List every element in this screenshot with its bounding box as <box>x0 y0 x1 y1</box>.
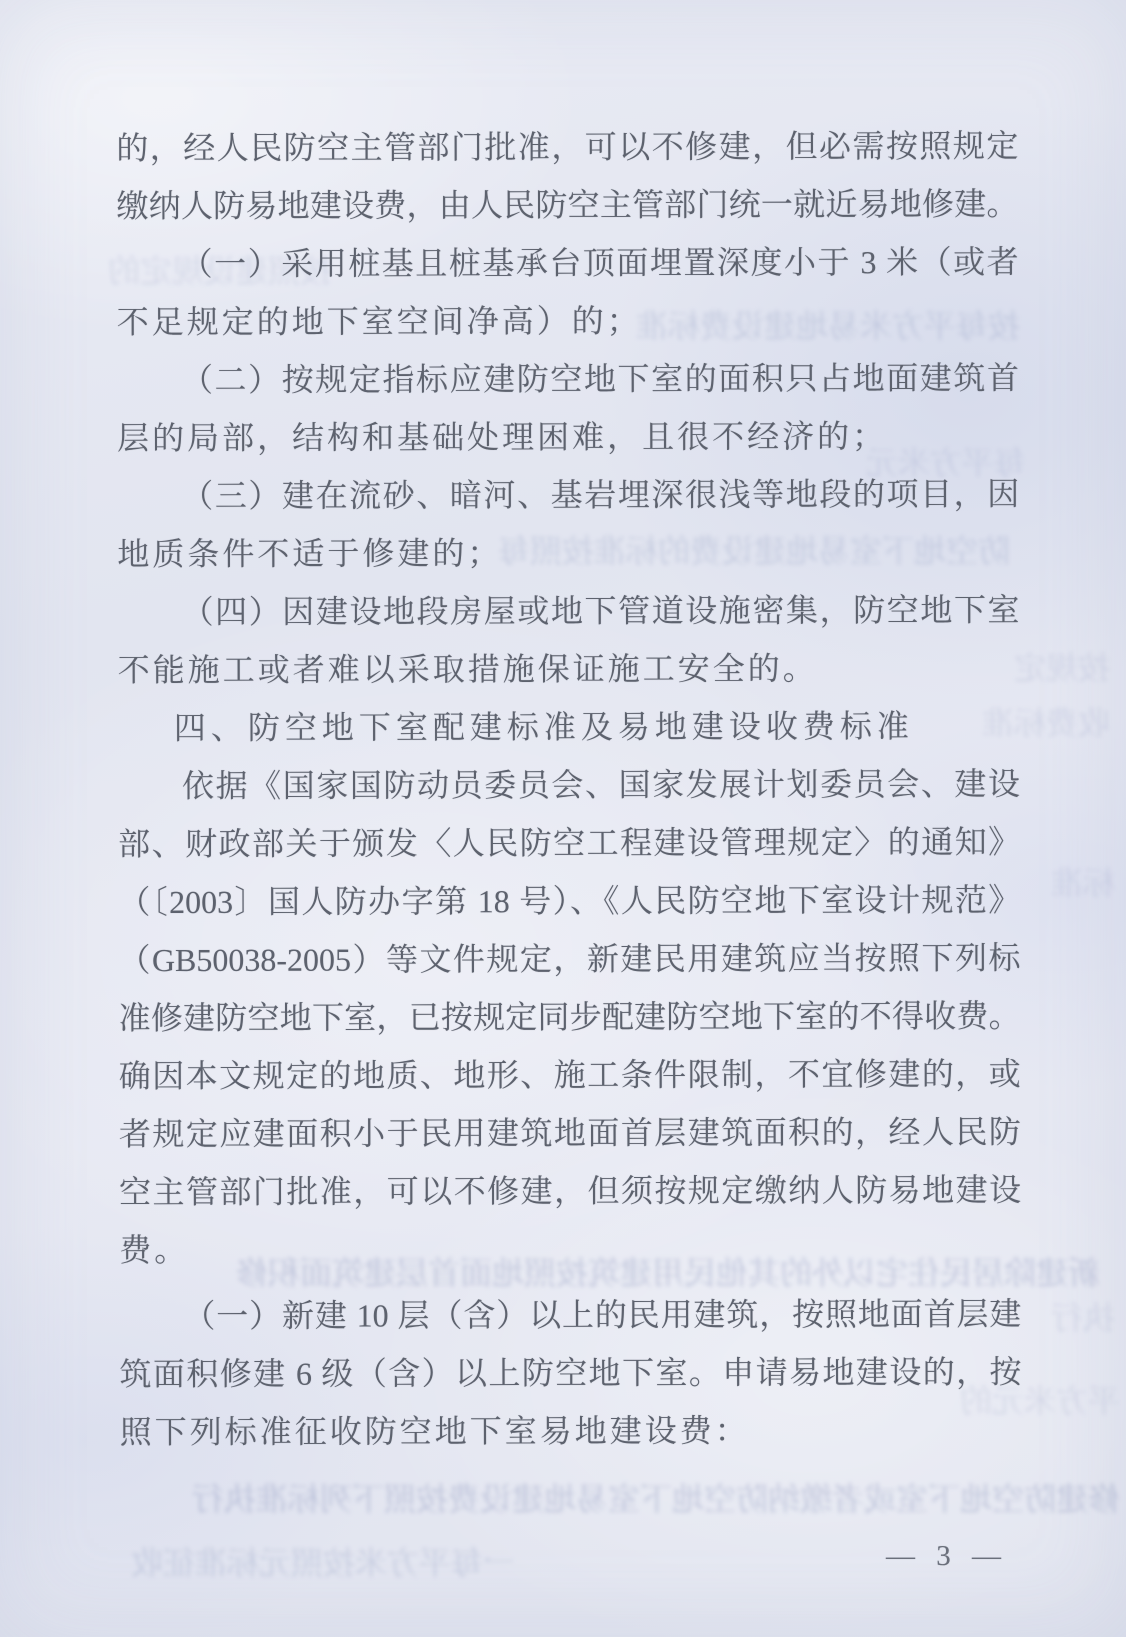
text-line: 层的局部，结构和基础处理困难，且很不经济的； <box>117 407 1019 467</box>
text-line: （GB50038-2005）等文件规定，新建民用建筑应当按照下列标 <box>118 929 1020 989</box>
text-line: （一）新建 10 层（含）以上的民用建筑，按照地面首层建 <box>119 1285 1021 1345</box>
section-heading: 四、防空地下室配建标准及易地建设收费标准 <box>118 697 1020 757</box>
text-line: 部、财政部关于颁发〈人民防空工程建设管理规定〉的通知》 <box>118 813 1020 873</box>
text-line: 不足规定的地下室空间净高）的； <box>117 291 1019 351</box>
text-line: 照下列标准征收防空地下室易地建设费： <box>120 1401 1022 1461</box>
text-line: 不能施工或者难以采取措施保证施工安全的。 <box>118 639 1020 699</box>
bleed-through-line: 修建防空地下室或者缴纳防空地下室易地建设费按照下列标准执行 <box>90 1476 1120 1522</box>
scanned-document-page: 按照建设规定的 按每平方米易地建设费标准 每平方米元 防空地下室易地建设费的标准… <box>0 0 1126 1637</box>
text-line: （二）按规定指标应建防空地下室的面积只占地面建筑首 <box>117 349 1019 409</box>
bleed-through-line: 标准 <box>1030 860 1115 906</box>
text-line: （四）因建设地段房屋或地下管道设施密集，防空地下室 <box>117 581 1019 641</box>
text-line: （一）采用桩基且桩基承台顶面埋置深度小于 3 米（或者 <box>117 233 1019 293</box>
text-line: （〔2003〕国人防办字第 18 号）、《人民防空地下室设计规范》 <box>118 871 1020 931</box>
text-line: 缴纳人防易地建设费，由人民防空主管部门统一就近易地修建。 <box>116 175 1018 235</box>
text-line: 费。 <box>119 1219 1021 1279</box>
text-line: 地质条件不适于修建的； <box>117 523 1019 583</box>
document-body-text: 的，经人民防空主管部门批准，可以不修建，但必需按照规定 缴纳人防易地建设费，由人… <box>116 117 1022 1461</box>
text-line: 的，经人民防空主管部门批准，可以不修建，但必需按照规定 <box>116 117 1018 177</box>
text-line: 筑面积修建 6 级（含）以上防空地下室。申请易地建设的，按 <box>119 1343 1021 1403</box>
text-line: 空主管部门批准，可以不修建，但须按规定缴纳人防易地建设 <box>119 1161 1021 1221</box>
bleed-through-line: 执行 <box>1035 1295 1115 1341</box>
text-line: （三）建在流砂、暗河、基岩埋深很浅等地段的项目，因 <box>117 465 1019 525</box>
page-number: — 3 — <box>886 1540 1008 1573</box>
bleed-through-line: 一每平方米按照元标准征收 <box>95 1540 515 1586</box>
text-line: 准修建防空地下室，已按规定同步配建防空地下室的不得收费。 <box>119 987 1021 1047</box>
text-line: 确因本文规定的地质、地形、施工条件限制，不宜修建的，或 <box>119 1045 1021 1105</box>
text-line: 者规定应建面积小于民用建筑地面首层建筑面积的，经人民防 <box>119 1103 1021 1163</box>
text-line: 依据《国家国防动员委员会、国家发展计划委员会、建设 <box>118 755 1020 815</box>
